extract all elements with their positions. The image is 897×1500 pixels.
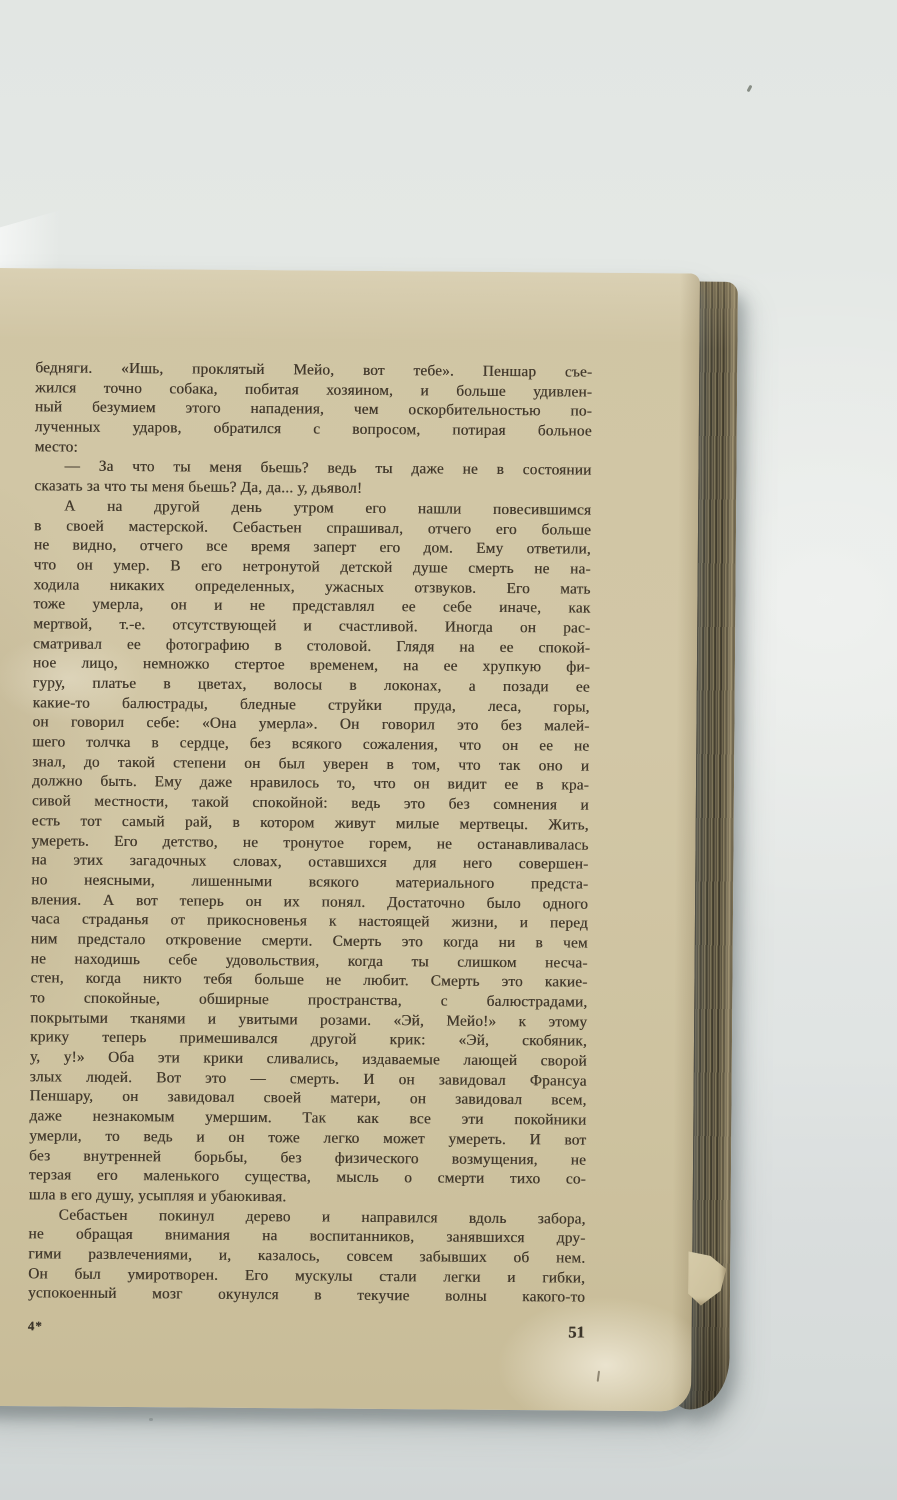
- book-page: бедняги. «Ишь, проклятый Мейо, вот тебе»…: [0, 268, 700, 1412]
- signature-mark: 4*: [28, 1318, 43, 1334]
- page-number: 51: [568, 1322, 585, 1342]
- print-artifact-tick: [597, 1371, 600, 1382]
- scanner-background: бедняги. «Ишь, проклятый Мейо, вот тебе»…: [0, 0, 897, 1500]
- text-line: успокоенный мозг окунулся в текучие волн…: [28, 1284, 585, 1308]
- text-block: бедняги. «Ишь, проклятый Мейо, вот тебе»…: [28, 358, 592, 1307]
- page-footer: 4* 51: [28, 1318, 585, 1342]
- book: бедняги. «Ишь, проклятый Мейо, вот тебе»…: [0, 268, 766, 1424]
- dust-speck: [747, 85, 753, 93]
